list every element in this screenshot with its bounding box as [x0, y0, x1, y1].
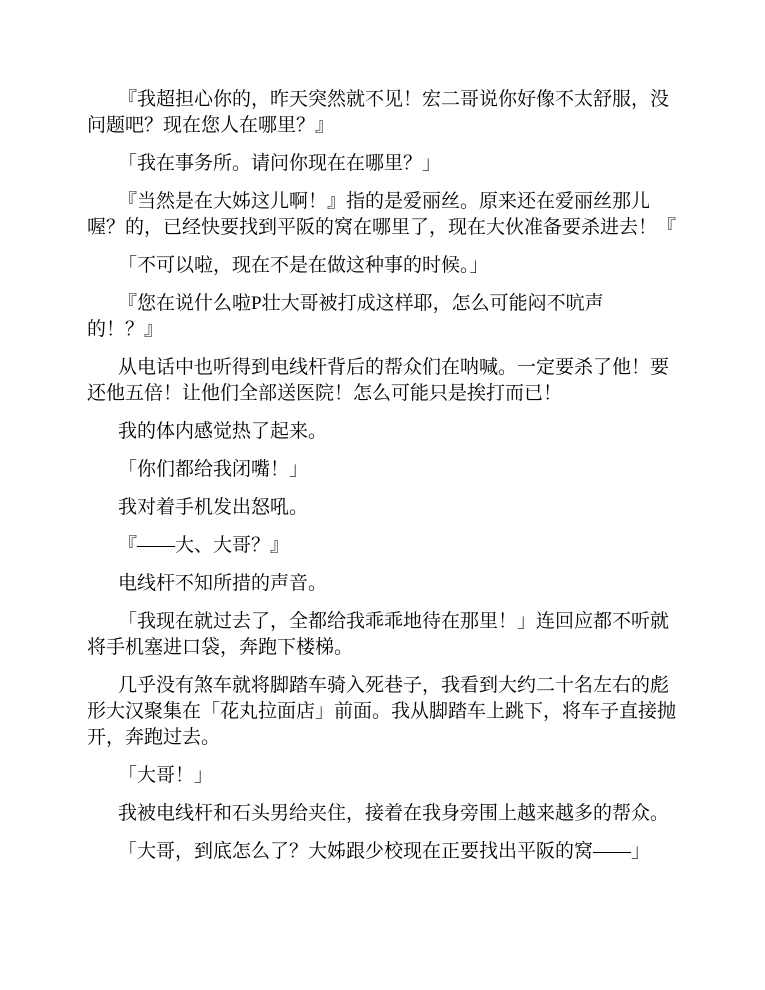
paragraph: 「我在事务所。请问你现在在哪里？」	[87, 151, 678, 177]
text-line: 的！？』	[87, 317, 678, 343]
text-line: 几乎没有煞车就将脚踏车骑入死巷子，我看到大约二十名左右的彪	[87, 673, 678, 699]
text-line: 我被电线杆和石头男给夹住，接着在我身旁围上越来越多的帮众。	[87, 801, 678, 827]
paragraph: 从电话中也听得到电线杆背后的帮众们在呐喊。一定要杀了他！要还他五倍！让他们全部送…	[87, 355, 678, 407]
text-line: 我的体内感觉热了起来。	[87, 419, 678, 445]
paragraph: 「不可以啦，现在不是在做这种事的时候。」	[87, 253, 678, 279]
paragraph: 我被电线杆和石头男给夹住，接着在我身旁围上越来越多的帮众。	[87, 801, 678, 827]
text-line: 我对着手机发出怒吼。	[87, 495, 678, 521]
text-line: 形大汉聚集在「花丸拉面店」前面。我从脚踏车上跳下，将车子直接抛	[87, 699, 678, 725]
paragraph: 『我超担心你的，昨天突然就不见！宏二哥说你好像不太舒服，没问题吧？现在您人在哪里…	[87, 87, 678, 139]
text-line: 「我在事务所。请问你现在在哪里？」	[87, 151, 678, 177]
text-line: 将手机塞进口袋，奔跑下楼梯。	[87, 635, 678, 661]
text-line: 「大哥，到底怎么了？大姊跟少校现在正要找出平阪的窝——」	[87, 839, 678, 865]
text-line: 「我现在就过去了，全都给我乖乖地待在那里！」连回应都不听就	[87, 609, 678, 635]
text-body: 『我超担心你的，昨天突然就不见！宏二哥说你好像不太舒服，没问题吧？现在您人在哪里…	[87, 87, 678, 865]
text-line: 喔？的，已经快要找到平阪的窝在哪里了，现在大伙准备要杀进去！『	[87, 215, 678, 241]
paragraph: 「大哥！」	[87, 763, 678, 789]
text-line: 『您在说什么啦P壮大哥被打成这样耶，怎么可能闷不吭声	[87, 291, 678, 317]
paragraph: 「你们都给我闭嘴！」	[87, 457, 678, 483]
text-line: 「不可以啦，现在不是在做这种事的时候。」	[87, 253, 678, 279]
paragraph: 「大哥，到底怎么了？大姊跟少校现在正要找出平阪的窝——」	[87, 839, 678, 865]
text-line: 『我超担心你的，昨天突然就不见！宏二哥说你好像不太舒服，没	[87, 87, 678, 113]
text-line: 问题吧？现在您人在哪里？』	[87, 113, 678, 139]
text-line: 电线杆不知所措的声音。	[87, 571, 678, 597]
paragraph: 『您在说什么啦P壮大哥被打成这样耶，怎么可能闷不吭声的！？』	[87, 291, 678, 343]
paragraph: 『——大、大哥？』	[87, 533, 678, 559]
text-line: 「大哥！」	[87, 763, 678, 789]
paragraph: 我对着手机发出怒吼。	[87, 495, 678, 521]
paragraph: 『当然是在大姊这儿啊！』指的是爱丽丝。原来还在爱丽丝那儿喔？的，已经快要找到平阪…	[87, 189, 678, 241]
paragraph: 几乎没有煞车就将脚踏车骑入死巷子，我看到大约二十名左右的彪形大汉聚集在「花丸拉面…	[87, 673, 678, 751]
text-line: 『——大、大哥？』	[87, 533, 678, 559]
text-line: 从电话中也听得到电线杆背后的帮众们在呐喊。一定要杀了他！要	[87, 355, 678, 381]
paragraph: 我的体内感觉热了起来。	[87, 419, 678, 445]
text-line: 「你们都给我闭嘴！」	[87, 457, 678, 483]
page: 『我超担心你的，昨天突然就不见！宏二哥说你好像不太舒服，没问题吧？现在您人在哪里…	[0, 0, 765, 990]
text-line: 还他五倍！让他们全部送医院！怎么可能只是挨打而已！	[87, 381, 678, 407]
text-line: 开，奔跑过去。	[87, 725, 678, 751]
paragraph: 「我现在就过去了，全都给我乖乖地待在那里！」连回应都不听就将手机塞进口袋，奔跑下…	[87, 609, 678, 661]
text-line: 『当然是在大姊这儿啊！』指的是爱丽丝。原来还在爱丽丝那儿	[87, 189, 678, 215]
paragraph: 电线杆不知所措的声音。	[87, 571, 678, 597]
